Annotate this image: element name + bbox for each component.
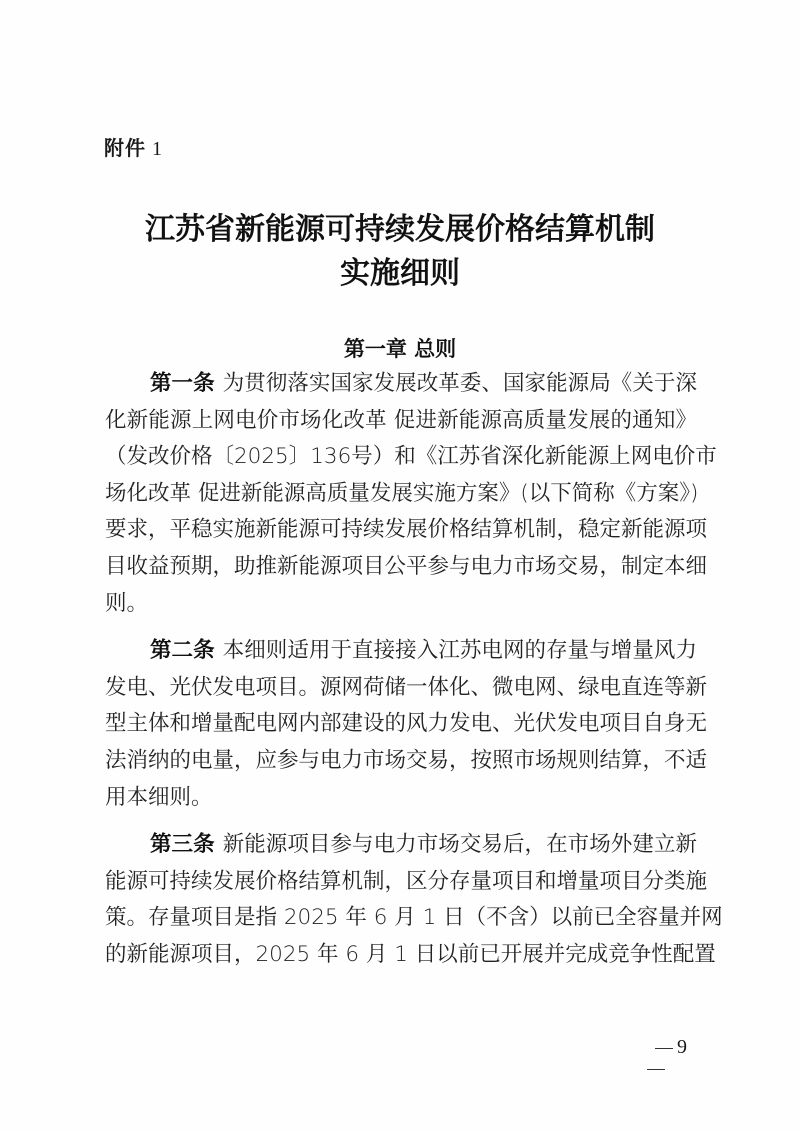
article-3-line-1: 第三条新能源项目参与电力市场交易后，在市场外建立新 — [105, 827, 697, 864]
article-1-line-3: （发改价格〔2025〕136号）和《江苏省深化新能源上网电价市 — [105, 439, 697, 476]
article-3-line-3: 策。存量项目是指 2025 年 6 月 1 日（不含）以前已全容量并网 — [105, 900, 697, 937]
attachment-label: 附件1 — [104, 132, 163, 161]
article-2-line-4: 法消纳的电量，应参与电力市场交易，按照市场规则结算，不适 — [105, 743, 697, 780]
article-3-lead: 第三条 — [150, 832, 215, 857]
article-2-lead: 第二条 — [150, 638, 215, 663]
article-1-lead: 第一条 — [150, 371, 215, 396]
article-3-line-2: 能源可持续发展价格结算机制，区分存量项目和增量项目分类施 — [105, 864, 697, 901]
article-text: 为贯彻落实国家发展改革委、国家能源局《关于深 — [223, 371, 697, 396]
document-title-line-2: 实施细则 — [0, 248, 800, 292]
article-2-line-2: 发电、光伏发电项目。源网荷储一体化、微电网、绿电直连等新 — [105, 670, 697, 707]
chapter-heading: 第一章 总则 — [0, 333, 800, 363]
article-3-line-4: 的新能源项目，2025 年 6 月 1 日以前已开展并完成竞争性配置 — [105, 937, 697, 974]
article-1-line-2: 化新能源上网电价市场化改革 促进新能源高质量发展的通知》 — [105, 403, 697, 440]
page-number: 9 — [655, 1036, 687, 1059]
document-page: 附件1 江苏省新能源可持续发展价格结算机制 实施细则 第一章 总则 第一条为贯彻… — [0, 0, 800, 1131]
article-1-line-5: 要求，平稳实施新能源可持续发展价格结算机制，稳定新能源项 — [105, 512, 697, 549]
attachment-text: 附件 — [104, 136, 146, 160]
document-title-line-1: 江苏省新能源可持续发展价格结算机制 — [0, 204, 800, 248]
article-2-line-1: 第二条本细则适用于直接接入江苏电网的存量与增量风力 — [105, 633, 697, 670]
article-text: 新能源项目参与电力市场交易后，在市场外建立新 — [223, 832, 697, 857]
article-1-line-7: 则。 — [105, 586, 697, 623]
article-2-line-3: 型主体和增量配电网内部建设的风力发电、光伏发电项目自身无 — [105, 706, 697, 743]
footer-rule — [647, 1069, 665, 1070]
article-text: 本细则适用于直接接入江苏电网的存量与增量风力 — [223, 638, 697, 663]
document-body: 第一条为贯彻落实国家发展改革委、国家能源局《关于深 化新能源上网电价市场化改革 … — [105, 366, 697, 974]
page-number-value: 9 — [677, 1036, 687, 1058]
article-1-line-1: 第一条为贯彻落实国家发展改革委、国家能源局《关于深 — [105, 366, 697, 403]
article-1-line-6: 目收益预期，助推新能源项目公平参与电力市场交易，制定本细 — [105, 549, 697, 586]
page-number-dash — [655, 1048, 673, 1049]
attachment-number: 1 — [152, 138, 163, 160]
article-1-line-4: 场化改革 促进新能源高质量发展实施方案》(以下简称《方案》) — [105, 476, 697, 513]
article-2-line-5: 用本细则。 — [105, 780, 697, 817]
